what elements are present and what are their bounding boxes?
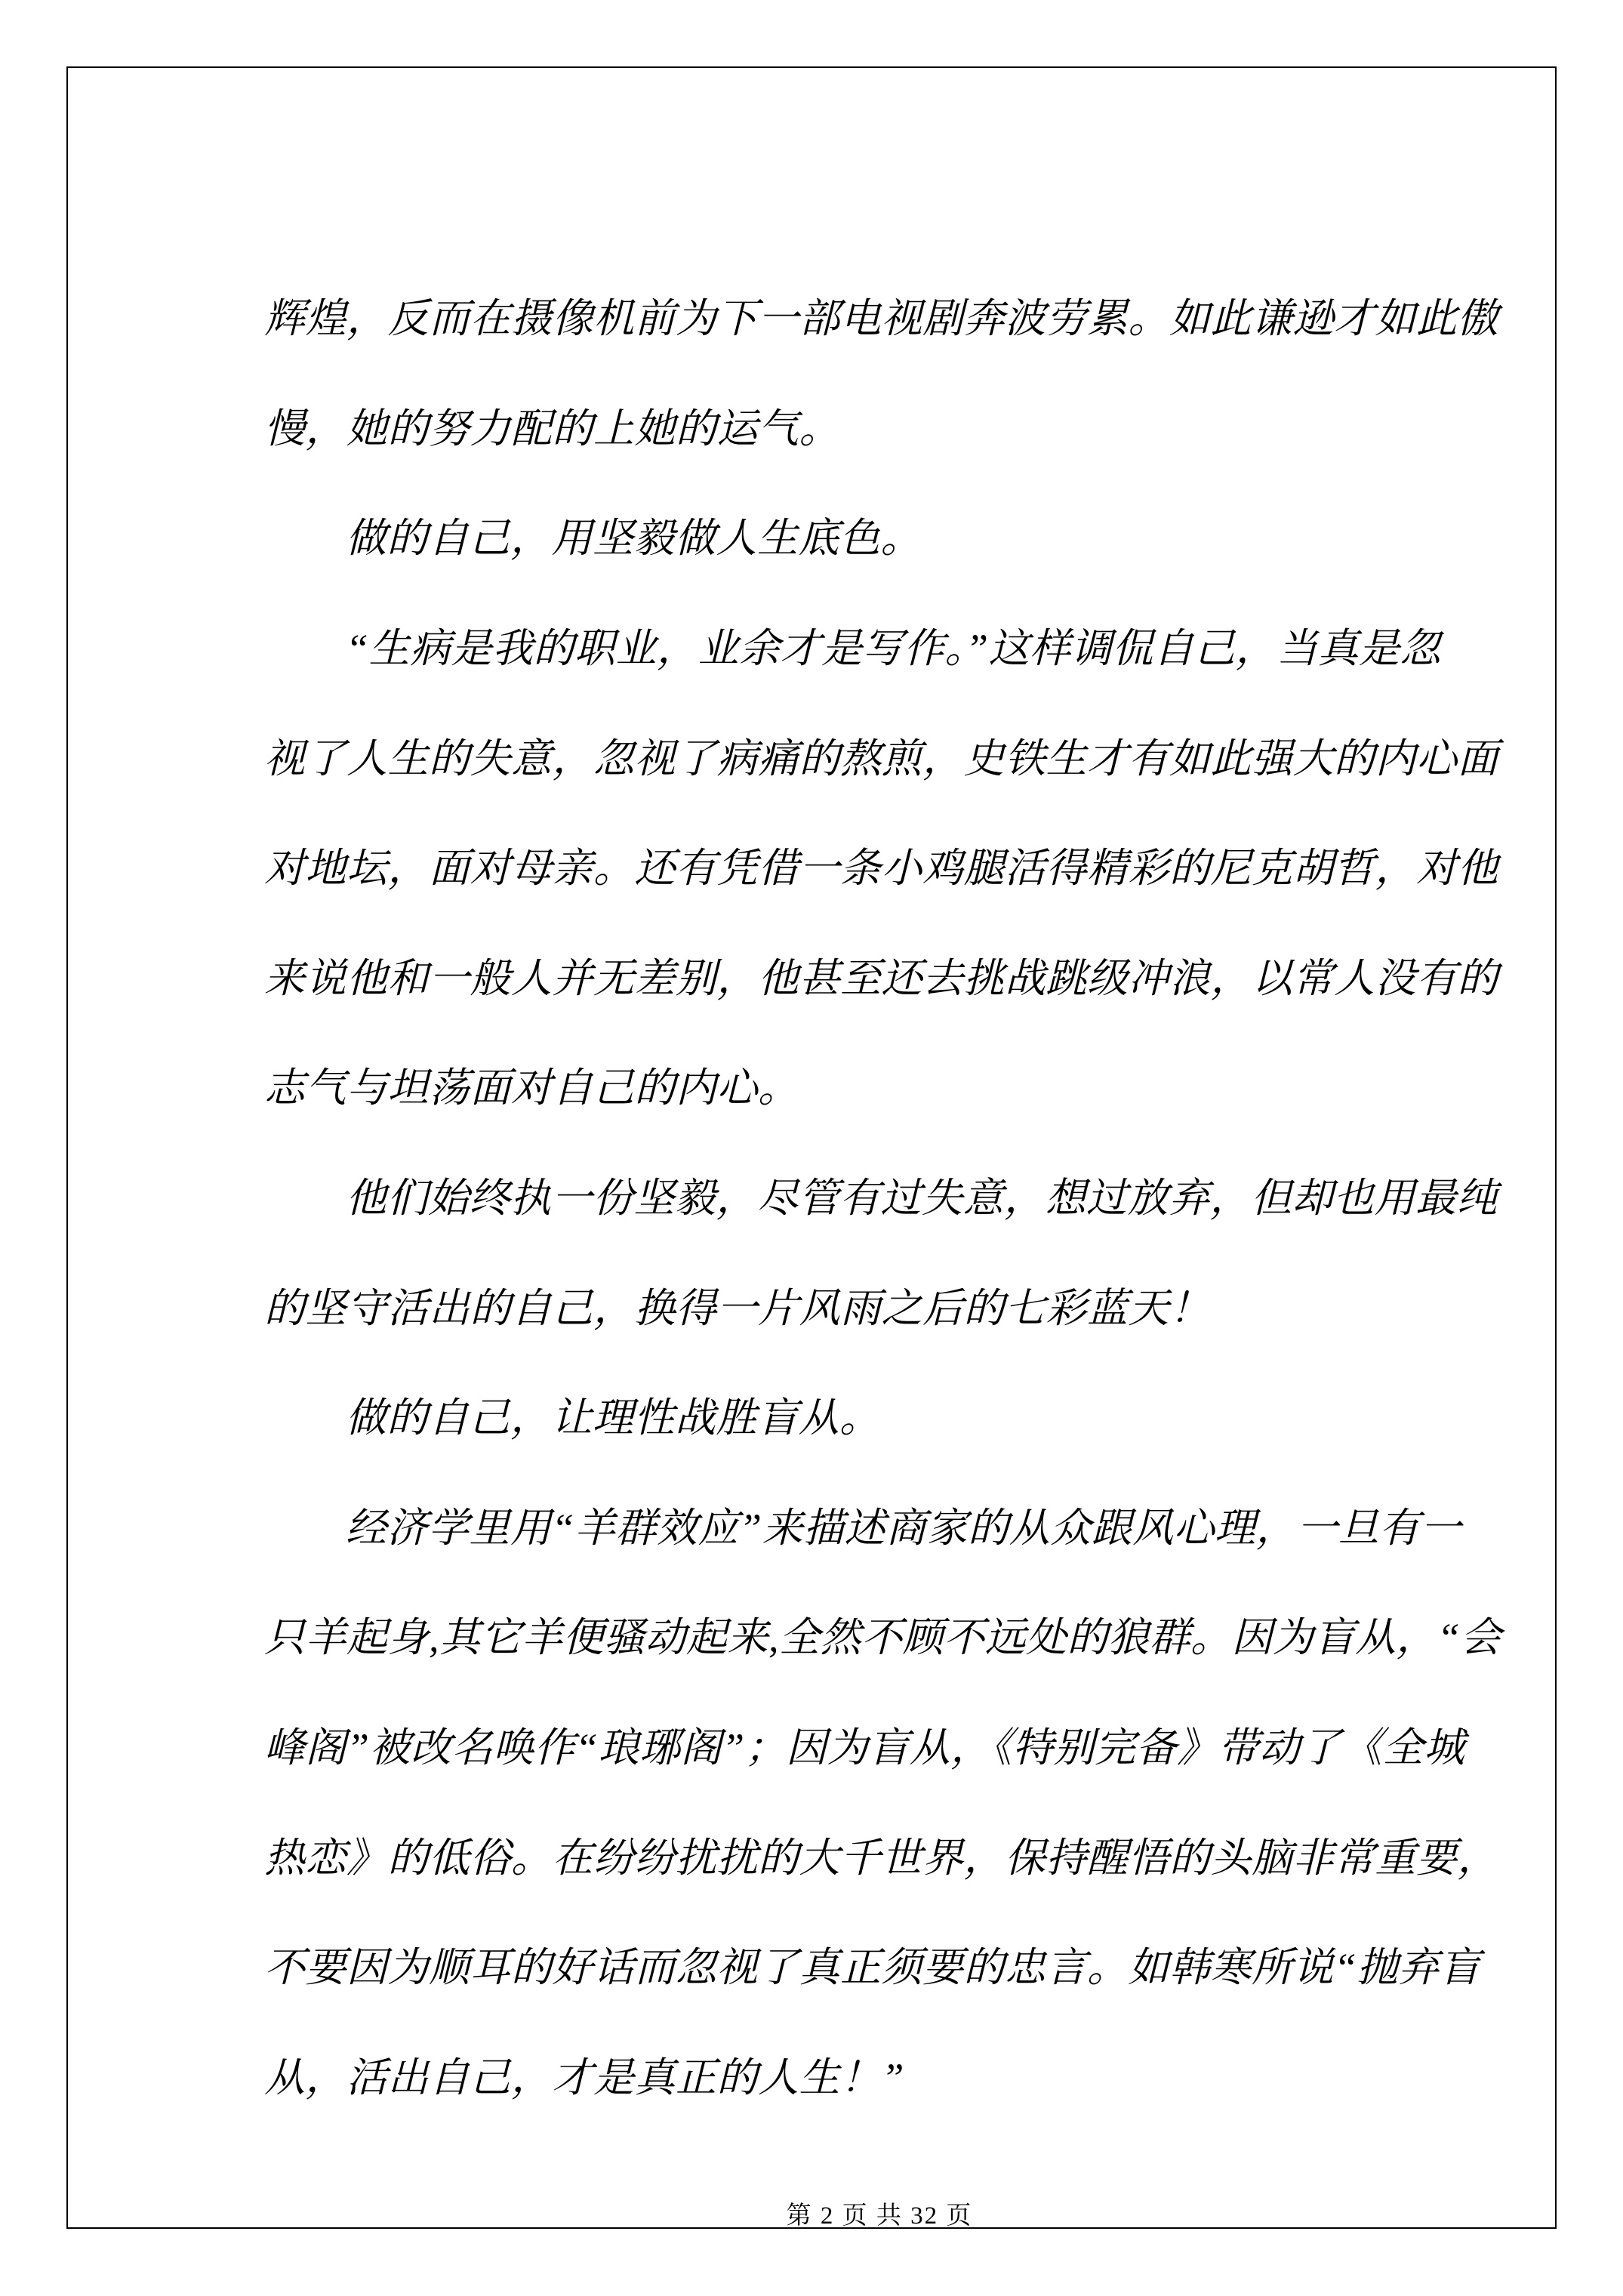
text-line: 只羊起身,其它羊便骚动起来,全然不顾不远处的狼群。因为盲从，“会 <box>264 1579 1502 1690</box>
text-line: 志气与坦荡面对自己的内心。 <box>264 1030 1502 1140</box>
text-line: 不要因为顺耳的好话而忽视了真正须要的忠言。如韩寒所说“抛弃盲 <box>264 1909 1502 2020</box>
text-line: 辉煌，反而在摄像机前为下一部电视剧奔波劳累。如此谦逊才如此傲 <box>264 260 1502 371</box>
text-line: 从，活出自己，才是真正的人生！” <box>264 2020 1502 2130</box>
text-line: 慢，她的努力配的上她的运气。 <box>264 371 1502 481</box>
text-line: 视了人生的失意，忽视了病痛的熬煎，史铁生才有如此强大的内心面 <box>264 700 1502 810</box>
text-line: 他们始终执一份坚毅，尽管有过失意，想过放弃，但却也用最纯 <box>264 1140 1502 1250</box>
text-line: 做的自己，让理性战胜盲从。 <box>264 1360 1502 1470</box>
text-line: 做的自己，用坚毅做人生底色。 <box>264 480 1502 590</box>
text-line: 热恋》的低俗。在纷纷扰扰的大千世界，保持醒悟的头脑非常重要， <box>264 1799 1502 1909</box>
essay-body: 辉煌，反而在摄像机前为下一部电视剧奔波劳累。如此谦逊才如此傲 慢，她的努力配的上… <box>264 260 1502 2129</box>
text-line: 峰阁”被改名唤作“琅琊阁”；因为盲从，《特别完备》带动了《全城 <box>264 1690 1502 1800</box>
text-line: “生病是我的职业，业余才是写作。”这样调侃自己，当真是忽 <box>264 590 1502 701</box>
page-footer: 第 2 页 共 32 页 <box>134 2196 1623 2231</box>
text-line: 经济学里用“羊群效应”来描述商家的从众跟风心理，一旦有一 <box>264 1470 1502 1580</box>
text-line: 的坚守活出的自己，换得一片风雨之后的七彩蓝天！ <box>264 1250 1502 1360</box>
page-number-label: 第 2 页 共 32 页 <box>787 2202 973 2230</box>
text-line: 来说他和一般人并无差别，他甚至还去挑战跳级冲浪，以常人没有的 <box>264 920 1502 1031</box>
page-border-frame: 辉煌，反而在摄像机前为下一部电视剧奔波劳累。如此谦逊才如此傲 慢，她的努力配的上… <box>66 66 1557 2229</box>
document-page: { "page": { "background_color": "#ffffff… <box>0 0 1623 2296</box>
text-line: 对地坛，面对母亲。还有凭借一条小鸡腿活得精彩的尼克胡哲，对他 <box>264 810 1502 920</box>
